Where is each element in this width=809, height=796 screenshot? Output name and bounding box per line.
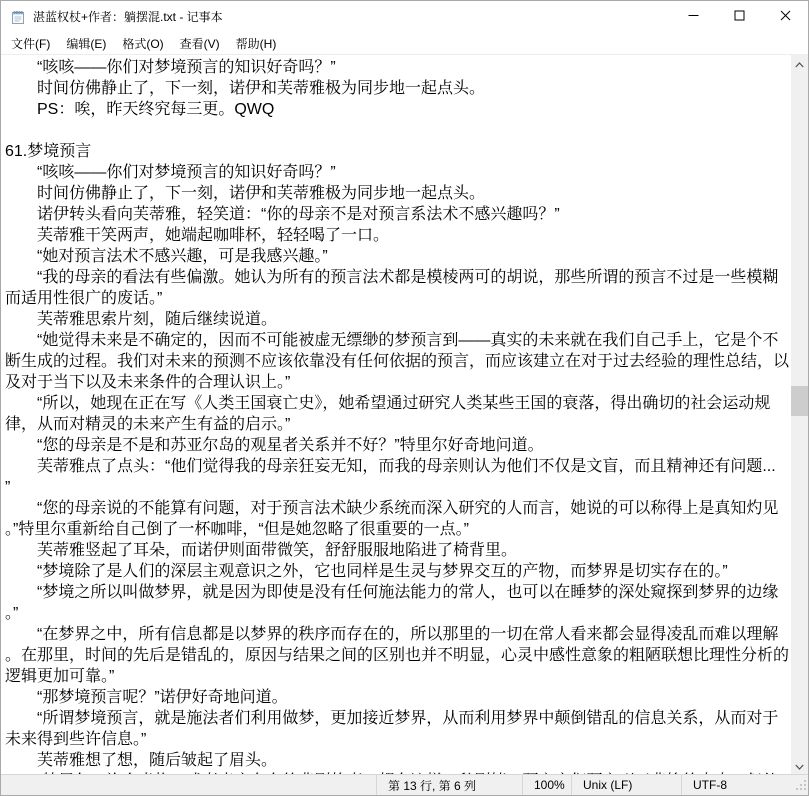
menu-item[interactable]: 查看(V) (172, 32, 228, 55)
text-line: 芙蒂雅干笑两声，她端起咖啡杯，轻轻喝了一口。 (5, 225, 791, 246)
scroll-down-button[interactable] (791, 757, 808, 774)
text-line: “那梦境预言呢？”诺伊好奇地问道。 (5, 687, 791, 708)
chevron-down-icon (795, 757, 804, 775)
menu-bar: 文件(F)编辑(E)格式(O)查看(V)帮助(H) (1, 32, 808, 55)
minimize-button[interactable] (670, 1, 716, 32)
status-spacer (1, 775, 376, 795)
menu-item[interactable]: 格式(O) (114, 32, 171, 55)
text-line: “梦境除了是人们的深层主观意识之外，它也同样是生灵与梦界交互的产物，而梦界是切实… (5, 561, 791, 582)
text-line: ” (5, 477, 791, 498)
maximize-icon (734, 9, 745, 24)
close-button[interactable] (762, 1, 808, 32)
menu-item[interactable]: 文件(F) (3, 32, 58, 55)
text-line: “她觉得未来是不确定的，因而不可能被虚无缥缈的梦预言到——真实的未来就在我们自己… (5, 330, 791, 351)
text-line: “梦境之所以叫做梦界，就是因为即使是没有任何施法能力的常人，也可以在睡梦的深处窥… (5, 582, 791, 603)
text-line: 时间仿佛静止了，下一刻，诺伊和芙蒂雅极为同步地一起点头。 (5, 78, 791, 99)
cursor-position: 第 13 行, 第 6 列 (376, 775, 522, 795)
text-line: 芙蒂雅竖起了耳朵，而诺伊则面带微笑，舒舒服服地陷进了椅背里。 (5, 540, 791, 561)
text-line: “咳咳——你们对梦境预言的知识好奇吗？” (5, 162, 791, 183)
status-bar: 第 13 行, 第 6 列 100% Unix (LF) UTF-8 (1, 774, 808, 795)
text-line: “您的母亲说的不能算有问题，对于预言法术缺少系统而深入研究的人而言，她说的可以称… (5, 498, 791, 519)
notepad-app-icon (10, 9, 26, 25)
text-line: “在梦界之中，所有信息都是以梦界的秩序而存在的，所以那里的一切在常人看来都会显得… (5, 624, 791, 645)
text-line: 。在那里，时间的先后是错乱的，原因与结果之间的区别也并不明显，心灵中感性意象的粗… (5, 645, 791, 666)
text-line: “所以，她现在正在写《人类王国衰亡史》，她希望通过研究人类某些王国的衰落，得出确… (5, 393, 791, 414)
text-line (5, 120, 791, 141)
text-line: “她对预言法术不感兴趣，可是我感兴趣。” (5, 246, 791, 267)
close-icon (780, 9, 791, 24)
text-line: “您的母亲是不是和苏亚尔岛的观星者关系并不好？”特里尔好奇地问道。 (5, 435, 791, 456)
encoding: UTF-8 (681, 775, 808, 795)
menu-item[interactable]: 编辑(E) (58, 32, 114, 55)
window-controls (670, 1, 808, 32)
window-title: 湛蓝权杖+作者：躺摆混.txt - 记事本 (33, 8, 670, 25)
text-line: PS：唉，昨天终究每三更。QWQ (5, 99, 791, 120)
menu-item[interactable]: 帮助(H) (228, 32, 285, 55)
text-line: 诺伊转头看向芙蒂雅，轻笑道：“你的母亲不是对预言系法术不感兴趣吗？” (5, 204, 791, 225)
text-line: 。”特里尔重新给自己倒了一杯咖啡，“但是她忽略了很重要的一点。” (5, 519, 791, 540)
zoom-level: 100% (522, 775, 571, 795)
resize-grip-icon[interactable] (794, 778, 807, 794)
text-line: 。” (5, 603, 791, 624)
text-line: 未来得到些许信息。” (5, 729, 791, 750)
encoding-label: UTF-8 (693, 778, 727, 792)
text-line: “咳咳——你们对梦境预言的知识好奇吗？” (5, 57, 791, 78)
text-line: “我的母亲的看法有些偏激。她认为所有的预言法术都是模棱两可的胡说，那些所谓的预言… (5, 267, 791, 288)
text-line: 而适用性很广的废话。” (5, 288, 791, 309)
text-line: 芙蒂雅想了想，随后皱起了眉头。 (5, 750, 791, 771)
scroll-up-button[interactable] (791, 55, 808, 72)
text-line: “所谓梦境预言，就是施法者们利用做梦，更加接近梦界，从而利用梦界中颠倒错乱的信息… (5, 708, 791, 729)
text-line: 61.梦境预言 (5, 141, 791, 162)
line-ending: Unix (LF) (571, 775, 681, 795)
text-line: 逻辑更加可靠。” (5, 666, 791, 687)
text-line: 芙蒂雅点了点头：“他们觉得我的母亲狂妄无知，而我的母亲则认为他们不仅是文盲，而且… (5, 456, 791, 477)
text-line: 时间仿佛静止了，下一刻，诺伊和芙蒂雅极为同步地一起点头。 (5, 183, 791, 204)
text-editor-area[interactable]: “咳咳——你们对梦境预言的知识好奇吗？” 时间仿佛静止了，下一刻，诺伊和芙蒂雅极… (1, 55, 791, 774)
minimize-icon (688, 9, 699, 24)
text-line: 芙蒂雅思索片刻，随后继续说道。 (5, 309, 791, 330)
text-line: 律，从而对精灵的未来产生有益的启示。” (5, 414, 791, 435)
text-line: 及对于当下以及未来条件的合理认识上。” (5, 372, 791, 393)
maximize-button[interactable] (716, 1, 762, 32)
text-line: 断生成的过程。我们对未来的预测不应该依靠没有任何依据的预言，而应该建立在对于过去… (5, 351, 791, 372)
scrollbar-thumb[interactable] (791, 386, 808, 416)
vertical-scrollbar[interactable] (791, 55, 808, 774)
notepad-window: 湛蓝权杖+作者：躺摆混.txt - 记事本 文件(F)编辑(E)格式(O)查看(… (0, 0, 809, 796)
chevron-up-icon (795, 55, 804, 73)
title-bar[interactable]: 湛蓝权杖+作者：躺摆混.txt - 记事本 (1, 1, 808, 32)
